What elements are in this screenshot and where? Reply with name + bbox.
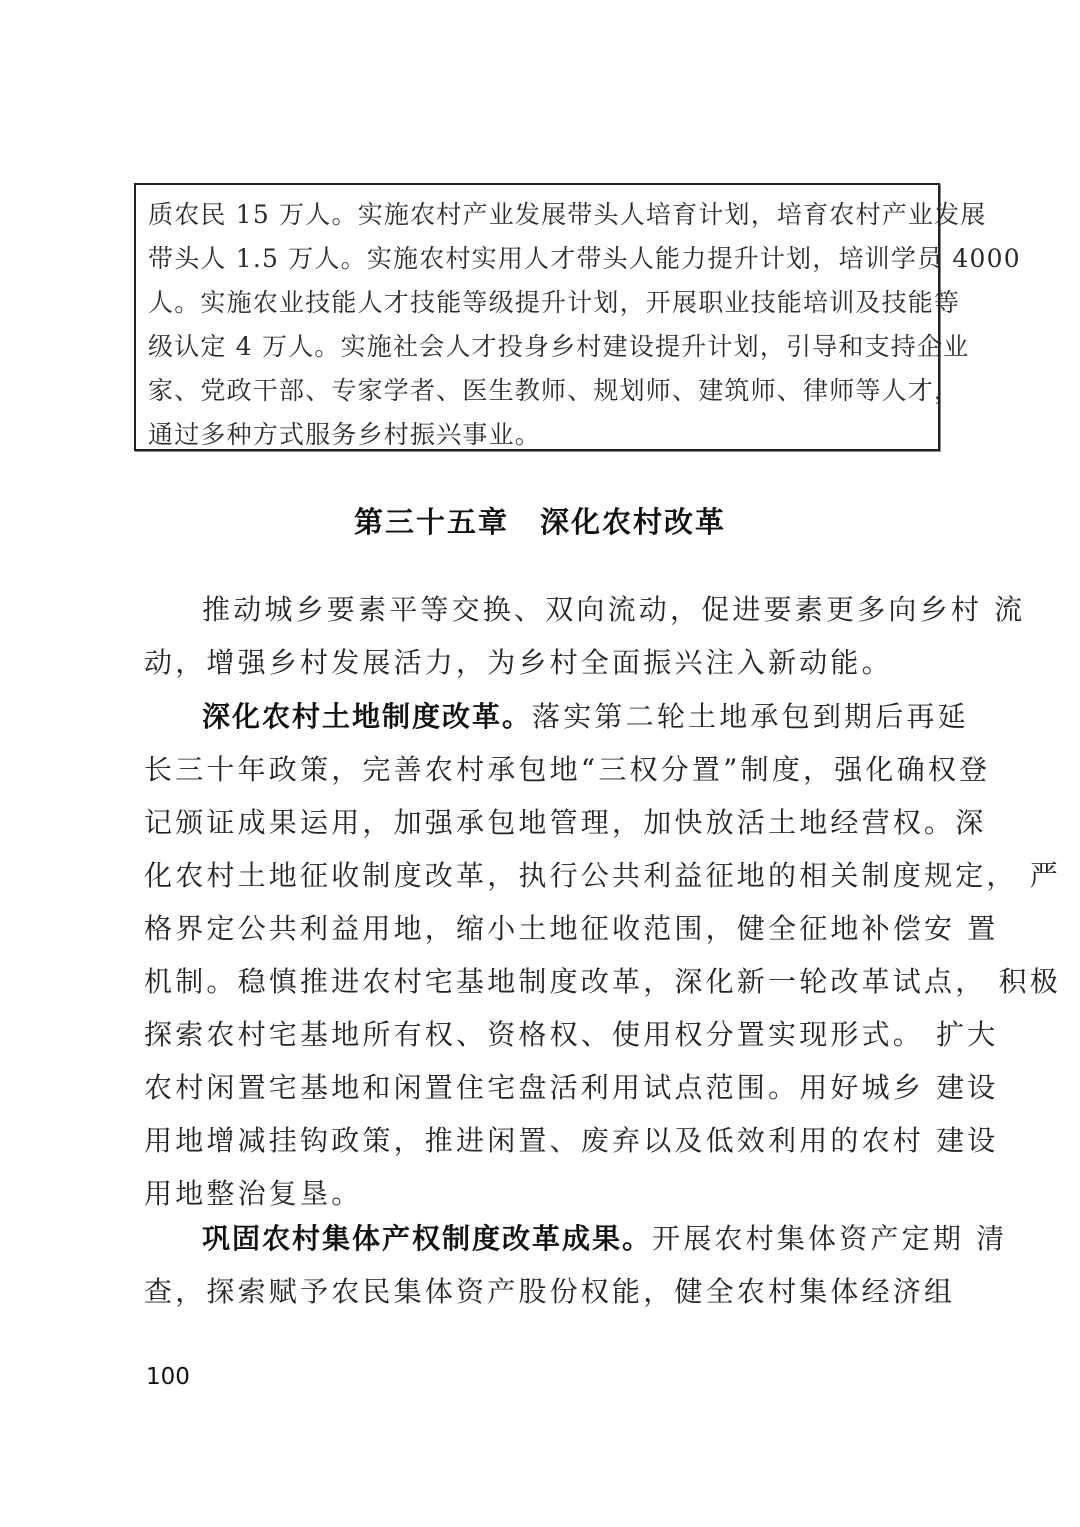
paragraph-line: 动，增强乡村发展活力，为乡村全面振兴注入新动能。 [144,636,954,689]
intro-paragraph: 推动城乡要素平等交换、双向流动，促进要素更多向乡村 流 动，增强乡村发展活力，为… [144,583,954,689]
paragraph-line: 农村闲置宅基地和闲置住宅盘活利用试点范围。用好城乡 建设 [144,1061,954,1114]
boxed-note-line: 通过多种方式服务乡村振兴事业。 [148,413,928,457]
paragraph-line: 用地增减挂钩政策，推进闲置、废弃以及低效利用的农村 建设 [144,1114,954,1167]
boxed-note-line: 人。实施农业技能人才技能等级提升计划，开展职业技能培训及技能等 [148,281,928,325]
page-number: 100 [146,1364,190,1390]
paragraph-line: 格界定公共利益用地，缩小土地征收范围，健全征地补偿安 置 [144,902,954,955]
boxed-note-line: 带头人 1.5 万人。实施农村实用人才带头人能力提升计划，培训学员 4000 [148,237,928,281]
chapter-title: 第三十五章 深化农村改革 [0,500,1080,541]
boxed-note-line: 家、党政干部、专家学者、医生教师、规划师、建筑师、律师等人才， [148,369,928,413]
paragraph-text: 开展农村集体资产定期 清 [652,1222,1007,1255]
paragraph-lead-heading: 巩固农村集体产权制度改革成果。 [202,1222,652,1255]
document-page: 质农民 15 万人。实施农村产业发展带头人培育计划，培育农村产业发展 带头人 1… [0,0,1080,1527]
paragraph-lead-heading: 深化农村土地制度改革。 [202,700,532,733]
paragraph-line: 推动城乡要素平等交换、双向流动，促进要素更多向乡村 流 [144,583,954,636]
paragraph-line: 化农村土地征收制度改革，执行公共利益征地的相关制度规定， 严 [144,849,954,902]
collective-property-paragraph: 巩固农村集体产权制度改革成果。开展农村集体资产定期 清 查，探索赋予农民集体资产… [144,1212,954,1318]
boxed-note-line: 质农民 15 万人。实施农村产业发展带头人培育计划，培育农村产业发展 [148,193,928,237]
paragraph-text: 落实第二轮土地承包到期后再延 [532,700,969,733]
paragraph-first-line: 深化农村土地制度改革。落实第二轮土地承包到期后再延 [144,690,954,743]
boxed-note: 质农民 15 万人。实施农村产业发展带头人培育计划，培育农村产业发展 带头人 1… [134,183,940,451]
paragraph-line: 查，探索赋予农民集体资产股份权能，健全农村集体经济组 [144,1265,954,1318]
paragraph-first-line: 巩固农村集体产权制度改革成果。开展农村集体资产定期 清 [144,1212,954,1265]
boxed-note-line: 级认定 4 万人。实施社会人才投身乡村建设提升计划，引导和支持企业 [148,325,928,369]
paragraph-line: 记颁证成果运用，加强承包地管理，加快放活土地经营权。深 [144,796,954,849]
land-reform-paragraph: 深化农村土地制度改革。落实第二轮土地承包到期后再延 长三十年政策，完善农村承包地… [144,690,954,1220]
paragraph-line: 探索农村宅基地所有权、资格权、使用权分置实现形式。 扩大 [144,1008,954,1061]
paragraph-line: 机制。稳慎推进农村宅基地制度改革，深化新一轮改革试点， 积极 [144,955,954,1008]
paragraph-line: 长三十年政策，完善农村承包地“三权分置”制度，强化确权登 [144,743,954,796]
